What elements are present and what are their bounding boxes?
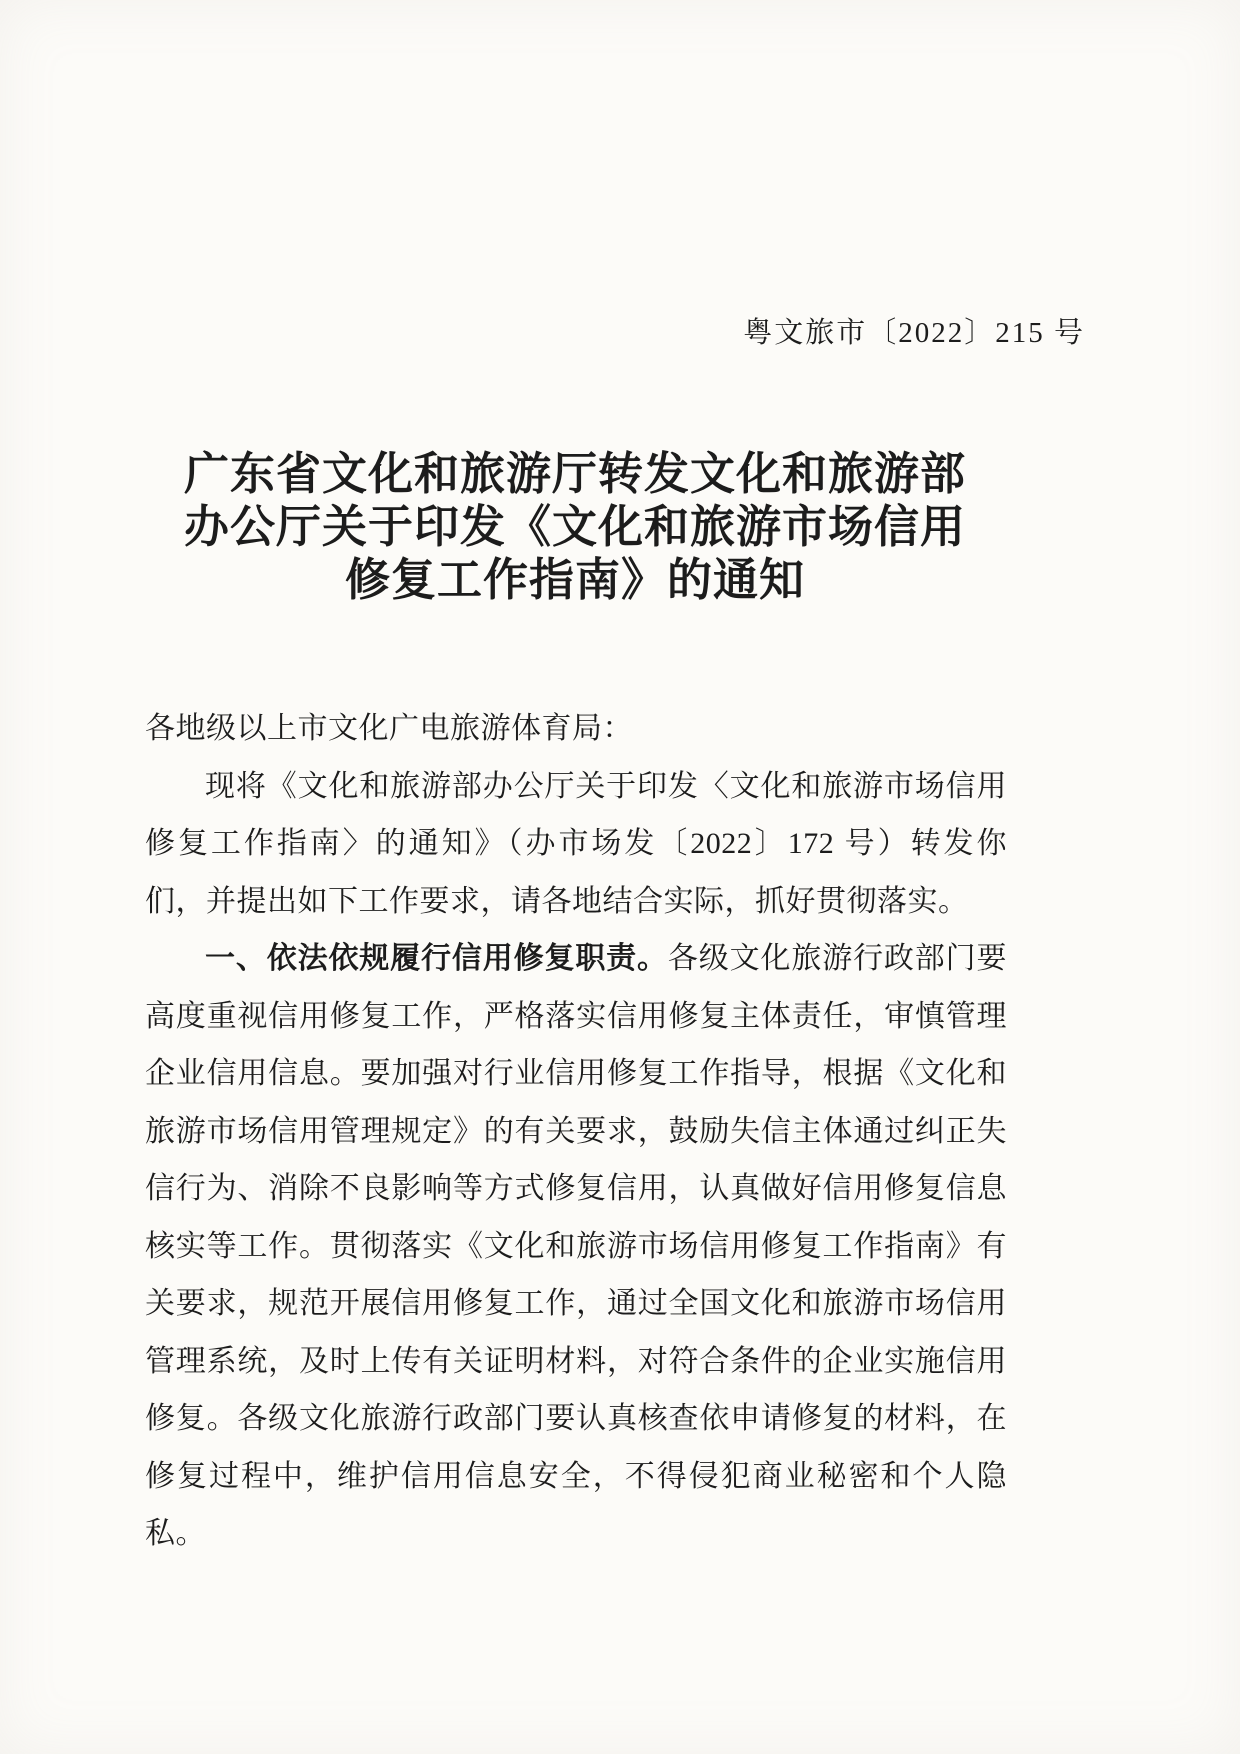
paragraph-2-text: 各级文化旅游行政部门要高度重视信用修复工作，严格落实信用修复主体责任，审慎管理企… <box>145 942 1007 1550</box>
body-paragraph-1: 现将《文化和旅游部办公厅关于印发〈文化和旅游市场信用修复工作指南〉的通知》（办市… <box>145 758 1007 931</box>
document-number: 粤文旅市〔2022〕215 号 <box>145 310 1085 351</box>
body-paragraph-2: 一、依法依规履行信用修复职责。各级文化旅游行政部门要高度重视信用修复工作，严格落… <box>145 930 1007 1563</box>
title-line-3: 修复工作指南》的通知 <box>120 554 1030 607</box>
paragraph-2-lead: 一、依法依规履行信用修复职责。 <box>205 942 668 975</box>
addressee-line: 各地级以上市文化广电旅游体育局： <box>145 700 1007 758</box>
title-line-1: 广东省文化和旅游厅转发文化和旅游部 <box>120 448 1030 501</box>
document-page: 粤文旅市〔2022〕215 号 广东省文化和旅游厅转发文化和旅游部 办公厅关于印… <box>0 0 1240 1754</box>
title-line-2: 办公厅关于印发《文化和旅游市场信用 <box>120 501 1030 554</box>
document-body: 各地级以上市文化广电旅游体育局： 现将《文化和旅游部办公厅关于印发〈文化和旅游市… <box>145 700 1007 1563</box>
document-title: 广东省文化和旅游厅转发文化和旅游部 办公厅关于印发《文化和旅游市场信用 修复工作… <box>120 448 1030 607</box>
paragraph-1-text: 现将《文化和旅游部办公厅关于印发〈文化和旅游市场信用修复工作指南〉的通知》（办市… <box>145 770 1007 918</box>
